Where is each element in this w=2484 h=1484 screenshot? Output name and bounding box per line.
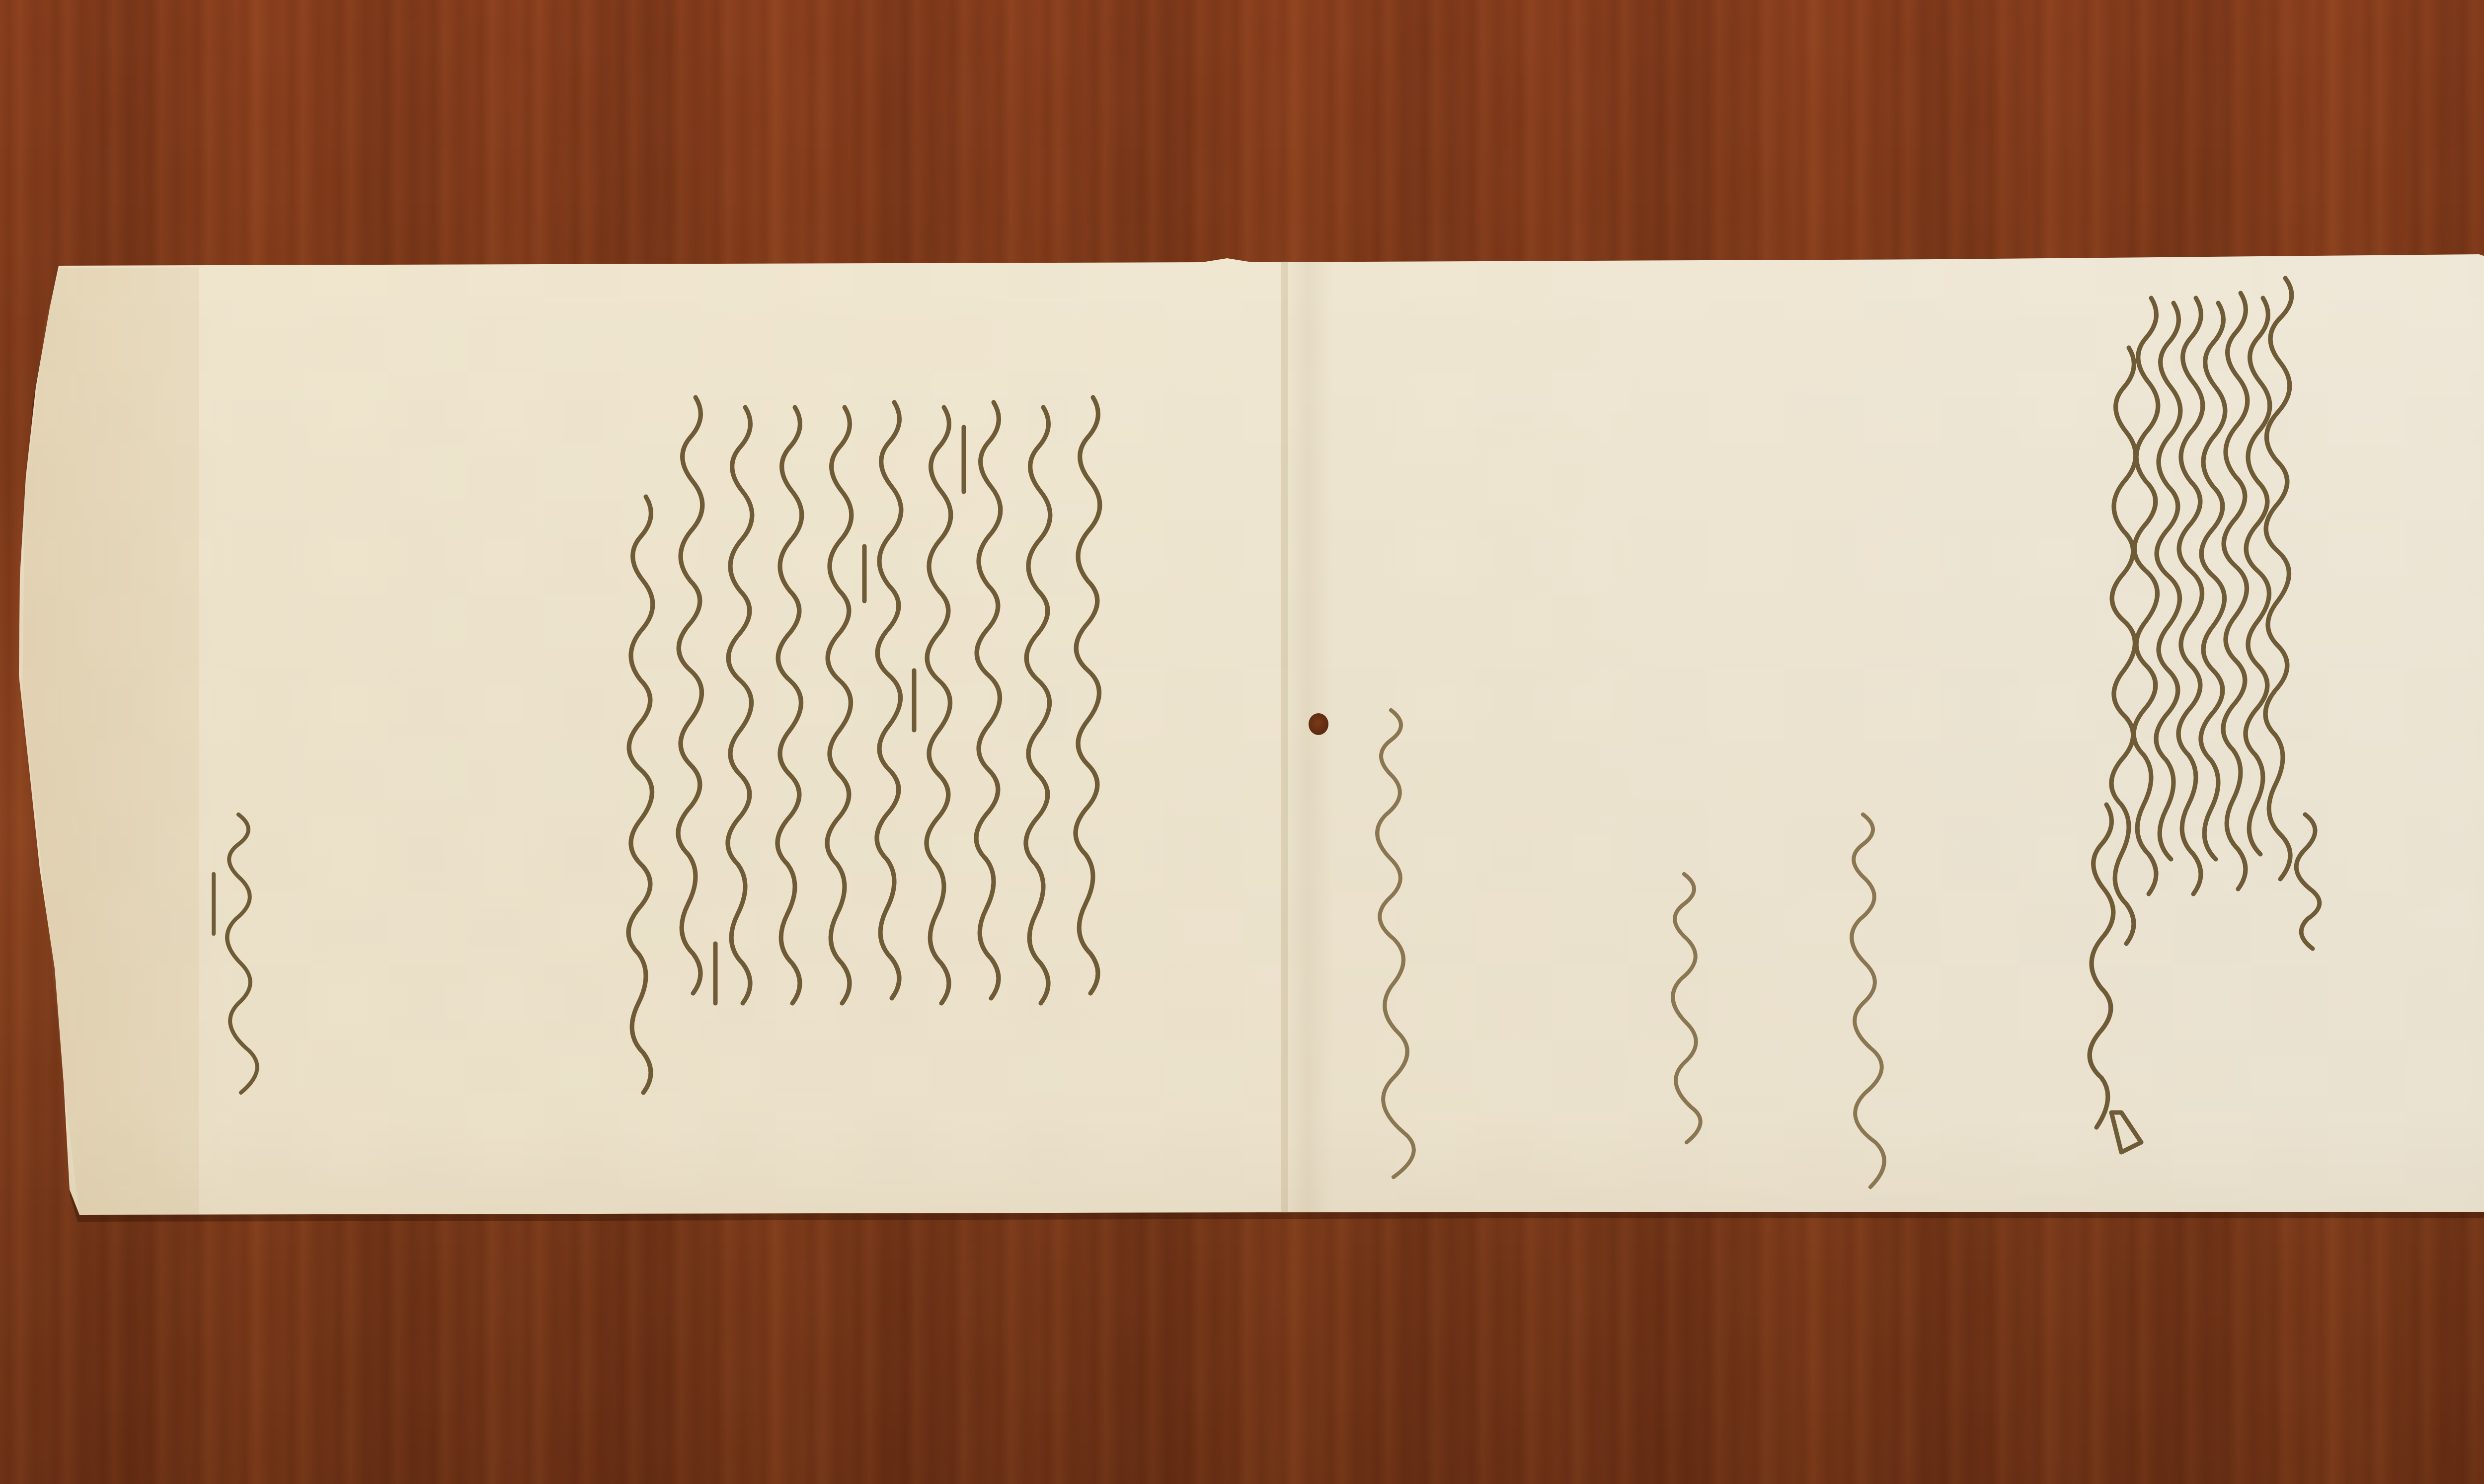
signature-2 <box>1673 874 1701 1142</box>
main-text-right <box>2090 278 2320 1152</box>
manuscript-sheet <box>0 0 2484 1484</box>
signature-3 <box>1852 815 1884 1187</box>
middle-text-block <box>628 397 1100 1093</box>
signature-1 <box>1377 710 1414 1177</box>
handwriting-layer <box>0 0 2484 1484</box>
signature-4 <box>214 815 257 1093</box>
wooden-table-background: Photograph of a historical handwritten m… <box>0 0 2484 1484</box>
